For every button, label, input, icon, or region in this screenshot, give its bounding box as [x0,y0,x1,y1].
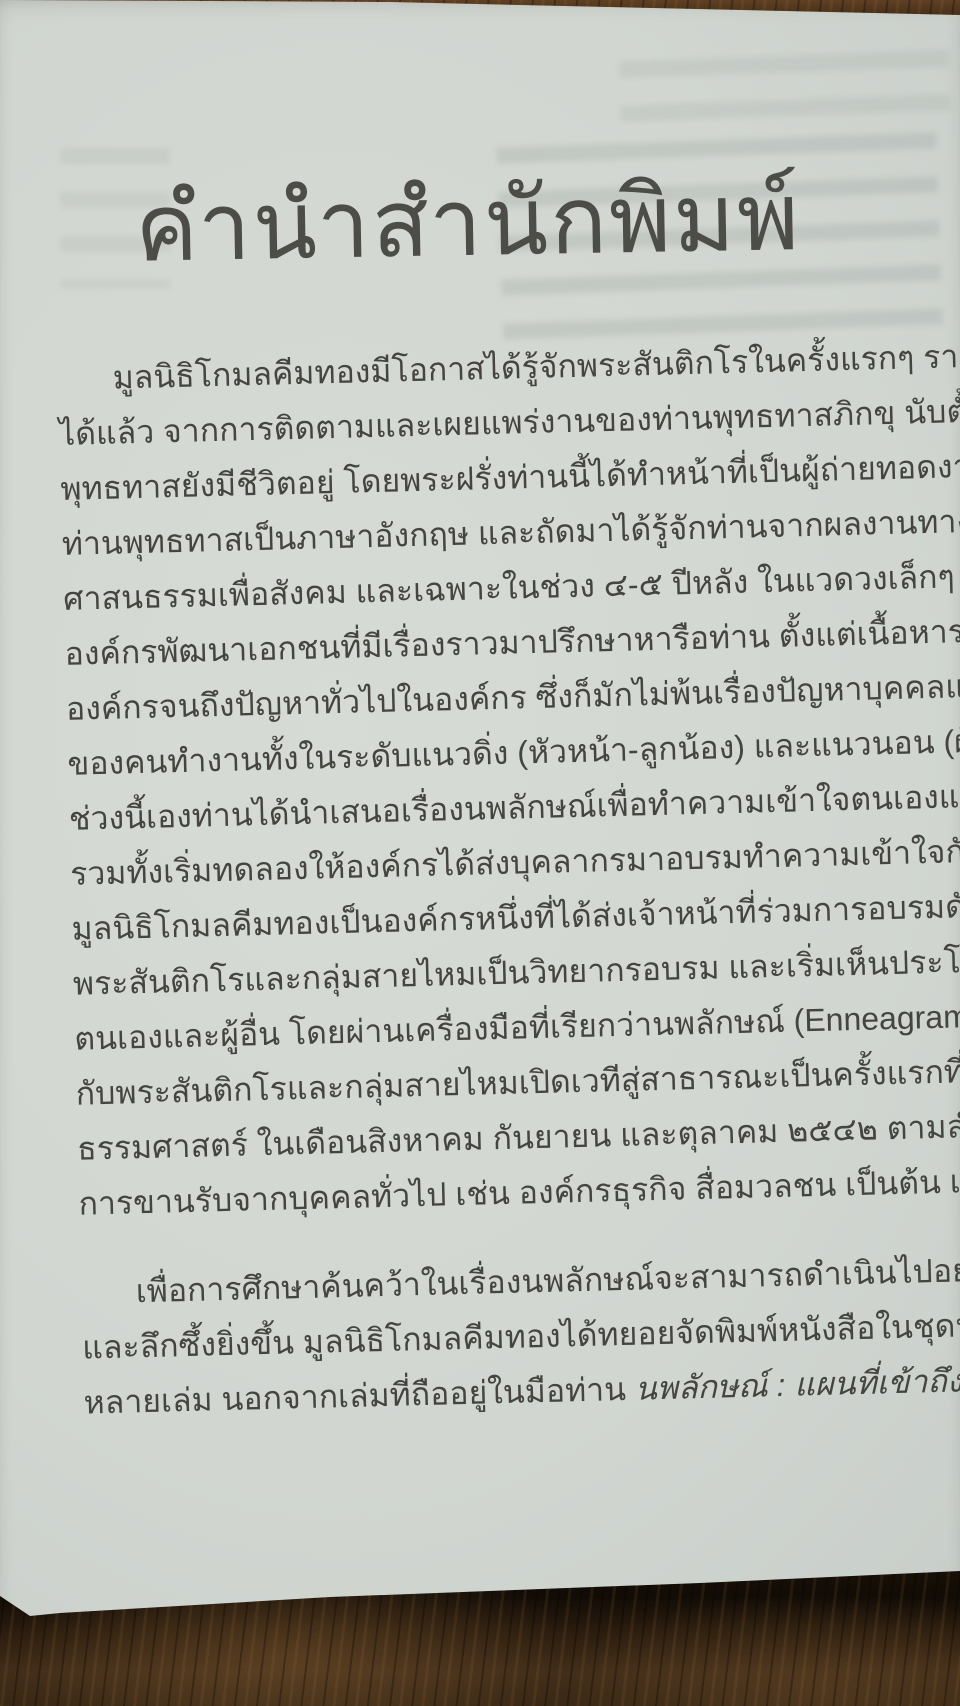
preface-paragraph-1: มูลนิธิโกมลคีมทองมีโอกาสได้รู้จักพระสันต… [57,329,960,1231]
preface-paragraph-2: เพื่อการศึกษาค้นคว้าในเรื่องนพลักษณ์จะสา… [80,1243,960,1431]
referenced-book-title: นพลักษณ์ : แผนที่เข้าถึงคน เข้าถึงตน [634,1358,960,1407]
book-page-photo: คำนำสำนักพิมพ์ มูลนิธิโกมลคีมทองมีโอกาสไ… [0,0,960,1706]
preface-title: คำนำสำนักพิมพ์ [134,142,792,302]
showthrough-ghost-text [619,50,951,127]
preface-body: มูลนิธิโกมลคีมทองมีโอกาสได้รู้จักพระสันต… [57,329,960,1464]
text-line-fragment: หลายเล่ม นอกจากเล่มที่ถืออยู่ในมือท่าน [83,1371,635,1421]
book-page: คำนำสำนักพิมพ์ มูลนิธิโกมลคีมทองมีโอกาสไ… [0,0,960,1706]
